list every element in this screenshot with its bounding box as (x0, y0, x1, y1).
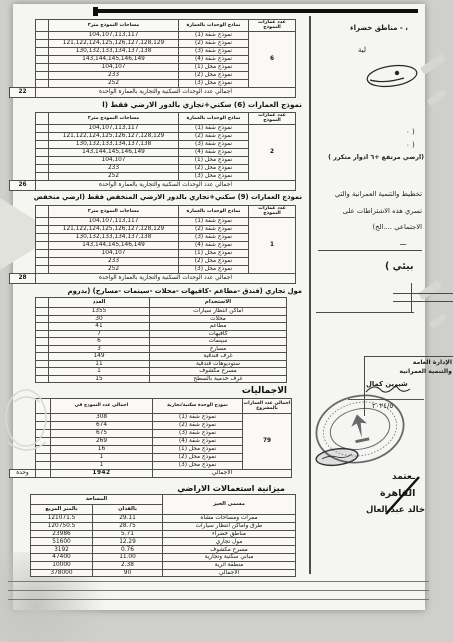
header-empty (36, 298, 49, 308)
land-use-table: مسمى الحيز المساحة بالفدان بالمتر المربع… (30, 494, 296, 577)
header-empty (36, 113, 49, 125)
zone-name: الاجمالي (163, 569, 296, 577)
bottom-rule-3 (8, 599, 429, 600)
header-buildings-count: عدد عمارات النموذج (249, 206, 296, 218)
header-model-areas: مساحات النموذج متر٢ (49, 20, 179, 32)
model-count: 675 (51, 430, 153, 438)
approval-box-title-2: والتنمية العمرانية (368, 368, 452, 375)
project-buildings-total: 79 (243, 414, 292, 470)
corner-diagram-line (393, 293, 453, 294)
building-table-2: عدد عمارات النموذج نماذج الوحدات بالعمار… (9, 112, 296, 191)
building-table-1: عدد عمارات النموذج نماذج الوحدات بالعمار… (9, 19, 296, 98)
model-label: نموذج شقة (3) (179, 47, 249, 55)
usage-count: 15 (49, 375, 150, 383)
model-label: نموذج شقة (2) (179, 225, 249, 233)
usage-label: غرف فندقية (150, 353, 287, 361)
zone-name: مباني سكنية وتجارية (163, 553, 296, 561)
model-label: نموذج شقة (1) (179, 124, 249, 132)
model-label: نموذج محل (1) (179, 249, 249, 257)
model-label: نموذج محل (2) (153, 454, 243, 462)
scan-top-notch (93, 7, 98, 16)
usage-count: 3 (49, 345, 150, 353)
scan-smudge (429, 313, 447, 328)
usage-count: 1 (49, 368, 150, 376)
totals-table: اجمالي عدد العمارات بالمشروع نموذج الوحد… (9, 398, 292, 478)
model-areas: 104,107 (49, 63, 179, 71)
signature-underline (348, 399, 424, 400)
model-label: نموذج محل (2) (179, 71, 249, 79)
model-label: نموذج محل (3) (179, 265, 249, 273)
usage-count: 30 (49, 315, 150, 323)
margin-rule (318, 250, 422, 251)
model-label: نموذج محل (1) (179, 63, 249, 71)
zone-sqm: 120750.5 (31, 522, 93, 530)
model-label: نموذج شقة (4) (179, 55, 249, 63)
scan-smudge (427, 89, 447, 106)
page-fold-line (309, 16, 311, 574)
header-count: العدد (49, 298, 150, 308)
buildings-count-value: 2 (249, 124, 296, 180)
header-empty (36, 399, 51, 414)
model-label: نموذج شقة (2) (153, 422, 243, 430)
zone-feddan: 2.38 (93, 561, 163, 569)
header-unit-models: نماذج الوحدات بالعمارة (179, 113, 249, 125)
zone-feddan: 28.75 (93, 522, 163, 530)
model-areas: 104,107,113,117 (49, 124, 179, 132)
model-areas: 104,107,113,117 (49, 31, 179, 39)
model-areas: 104,107,113,117 (49, 217, 179, 225)
zone-sqm: 51600 (31, 538, 93, 546)
margin-note-planning-2: تسري هذه الاشتراطات على (312, 207, 422, 215)
margin-note-floors: (ارضي مرتفع +٦ ادوار متكرر ) (310, 154, 424, 161)
model-areas: 143,144,145,146,149 (49, 241, 179, 249)
model-areas: 130,132,133,134,137,138 (49, 47, 179, 55)
bottom-rule-1 (8, 581, 429, 582)
model-label: نموذج شقة (2) (179, 132, 249, 140)
zone-sqm: 121071.5 (31, 515, 93, 523)
header-model-areas: مساحات النموذج متر٢ (49, 113, 179, 125)
margin-note-partial: لية (358, 46, 366, 54)
units-total-value: 22 (10, 87, 36, 97)
zone-feddan: 5.71 (93, 530, 163, 538)
model-count: 308 (51, 414, 153, 422)
model-label: نموذج محل (2) (179, 257, 249, 265)
grand-total-label: الاجمالي (153, 470, 292, 478)
city-name: القاهرة (380, 488, 415, 499)
margin-note-dash: ـــ (400, 239, 406, 247)
header-model-areas: مساحات النموذج متر٢ (49, 206, 179, 218)
zone-feddan: 29.11 (93, 515, 163, 523)
units-total-label: اجمالي عدد الوحدات السكنية والتجارية بال… (36, 273, 296, 283)
header-sqm: بالمتر المربع (31, 505, 93, 515)
header-empty (36, 206, 49, 218)
zone-name: مسرح مكشوف (163, 546, 296, 554)
model-label: نموذج شقة (1) (153, 414, 243, 422)
section-title-buildings-6: نموذج العمارات (6) سكني+تجاري بالدور الا… (10, 100, 302, 109)
model-label: نموذج محل (1) (179, 156, 249, 164)
header-unit-models: نماذج الوحدات بالعمارة (179, 20, 249, 32)
header-feddan: بالفدان (93, 505, 163, 515)
model-label: نموذج شقة (3) (179, 233, 249, 241)
corner-diagram-line (411, 283, 412, 313)
margin-note-paren-1: ( ٠ (406, 128, 415, 136)
usage-label: اماكن انتظار سيارات (150, 308, 287, 316)
usage-label: سينمات (150, 338, 287, 346)
model-areas: 233 (49, 71, 179, 79)
zone-name: مناطق خضراء (163, 530, 296, 538)
header-unit-models: نماذج الوحدات بالعمارة (179, 206, 249, 218)
units-total-label: اجمالي عدد الوحدات السكنية والتجارية بال… (36, 180, 296, 190)
zone-sqm: 23986 (31, 530, 93, 538)
model-areas: 233 (49, 257, 179, 265)
approval-box-top-border (364, 356, 453, 357)
model-count: 674 (51, 422, 153, 430)
model-areas: 233 (49, 164, 179, 172)
section-title-buildings-9: نموذج العمارات (9) سكني+تجاري بالدور الا… (10, 193, 302, 201)
grand-total-unit: وحدة (10, 470, 36, 478)
zone-feddan: 0.76 (93, 546, 163, 554)
model-label: نموذج محل (3) (179, 172, 249, 180)
totals-heading: الاجماليات (175, 386, 287, 396)
header-zone-name: مسمى الحيز (163, 495, 296, 515)
model-label: نموذج شقة (1) (179, 217, 249, 225)
usage-label: مطاعم (150, 323, 287, 331)
model-label: نموذج شقة (4) (179, 241, 249, 249)
grand-total-value: 1942 (51, 470, 153, 478)
mall-usage-table: الاستخدام العدد اماكن انتظار سيارات1355 … (9, 297, 287, 383)
usage-count: 7 (49, 330, 150, 338)
model-label: نموذج شقة (4) (153, 438, 243, 446)
model-areas: 121,122,124,125,126,127,128,129 (49, 132, 179, 140)
approved-label: ـعتمد (392, 472, 415, 482)
buildings-count-value: 1 (249, 217, 296, 273)
units-total-value: 26 (10, 180, 36, 190)
header-unit-model: نموذج الوحدة سكنية/تجارية (153, 399, 243, 414)
header-buildings-count: عدد عمارات النموذج (249, 20, 296, 32)
header-area: المساحة (31, 495, 163, 505)
model-label: نموذج شقة (4) (179, 148, 249, 156)
section-title-mall: مول تجاري (فندق -مطاعم -كافيهات -محلات -… (10, 287, 302, 295)
margin-note-planning-3: الاجتماعي ....الخ) (312, 223, 422, 231)
usage-count: 149 (49, 353, 150, 361)
zone-name: ممرات ومساحات مشاه (163, 515, 296, 523)
model-count: 1 (51, 454, 153, 462)
model-areas: 121,122,124,125,126,127,128,129 (49, 39, 179, 47)
usage-label: غرف خدمية بالسطح (150, 375, 287, 383)
zone-name: مول تجاري (163, 538, 296, 546)
zone-sqm: 10000 (31, 561, 93, 569)
usage-label: محلات (150, 315, 287, 323)
usage-count: 1355 (49, 308, 150, 316)
scanned-document: { "bt_headers": { "buildings": "عدد عمار… (0, 0, 453, 642)
model-label: نموذج شقة (2) (179, 39, 249, 47)
corner-diagram-line (393, 301, 453, 302)
usage-label: مسرح مكشوف (150, 368, 287, 376)
usage-count: 6 (49, 338, 150, 346)
land-use-heading: ميزانية استعمالات الاراضي (145, 483, 285, 493)
header-empty (36, 20, 49, 32)
model-areas: 252 (49, 265, 179, 273)
approval-date: ٢٠٢٤/٥ (372, 402, 393, 410)
approver-name: شيرين كمال (366, 380, 408, 388)
bottom-rule-2 (8, 590, 429, 591)
zone-name: منطقة اثرية (163, 561, 296, 569)
usage-label: مسارح (150, 345, 287, 353)
usage-label: ستوديوهات فندقية (150, 360, 287, 368)
header-buildings-count: عدد عمارات النموذج (249, 113, 296, 125)
model-areas: 104,107 (49, 249, 179, 257)
model-areas: 252 (49, 172, 179, 180)
units-total-label: اجمالي عدد الوحدات السكنية والتجارية بال… (36, 87, 296, 97)
model-areas: 121,122,124,125,126,127,128,129 (49, 225, 179, 233)
model-areas: 130,132,133,134,137,138 (49, 233, 179, 241)
model-label: نموذج محل (2) (179, 164, 249, 172)
approval-box-title-1: الإدارة العامة (368, 359, 452, 366)
signer-name: خالد عبد العال (366, 505, 425, 515)
model-areas: 143,144,145,146,149 (49, 55, 179, 63)
usage-label: كافيهات (150, 330, 287, 338)
header-total-buildings: اجمالي عدد العمارات بالمشروع (243, 399, 292, 414)
model-label: نموذج محل (1) (153, 446, 243, 454)
zone-name: طرق واماكن انتظار سيارات (163, 522, 296, 530)
model-areas: 143,144,145,146,149 (49, 148, 179, 156)
model-count: 269 (51, 438, 153, 446)
model-label: نموذج شقة (3) (153, 430, 243, 438)
buildings-count-value: 6 (249, 31, 296, 87)
model-areas: 130,132,133,134,137,138 (49, 140, 179, 148)
usage-count: 11 (49, 360, 150, 368)
zone-feddan: 12.29 (93, 538, 163, 546)
margin-note-planning-1: تخطيط والتنمية العمرانية والتي (312, 190, 422, 198)
model-count: 1 (51, 462, 153, 470)
zone-sqm: 3192 (31, 546, 93, 554)
model-count: 16 (51, 446, 153, 454)
units-total-value: 28 (10, 273, 36, 283)
approval-box-left-border (364, 356, 365, 416)
corner-diagram-line (316, 312, 414, 313)
zone-sqm: 378000 (31, 569, 93, 577)
zone-sqm: 47400 (31, 553, 93, 561)
scan-top-bar (95, 9, 418, 13)
building-table-3: عدد عمارات النموذج نماذج الوحدات بالعمار… (9, 205, 296, 284)
margin-note-green-areas: ، - مناطق خضراء (350, 24, 408, 32)
model-areas: 252 (49, 79, 179, 87)
header-model-count: اجمالي عدد النموذج في (51, 399, 153, 414)
header-usage: الاستخدام (150, 298, 287, 308)
model-label: نموذج محل (3) (153, 462, 243, 470)
model-label: نموذج شقة (1) (179, 31, 249, 39)
model-areas: 104,107 (49, 156, 179, 164)
margin-note-paren-2: ( ٠ (406, 141, 415, 149)
zone-feddan: 11.00 (93, 553, 163, 561)
usage-count: 41 (49, 323, 150, 331)
margin-note-environmental: بيئي ) (385, 261, 414, 272)
zone-feddan: 90 (93, 569, 163, 577)
model-label: نموذج شقة (3) (179, 140, 249, 148)
model-label: نموذج محل (3) (179, 79, 249, 87)
